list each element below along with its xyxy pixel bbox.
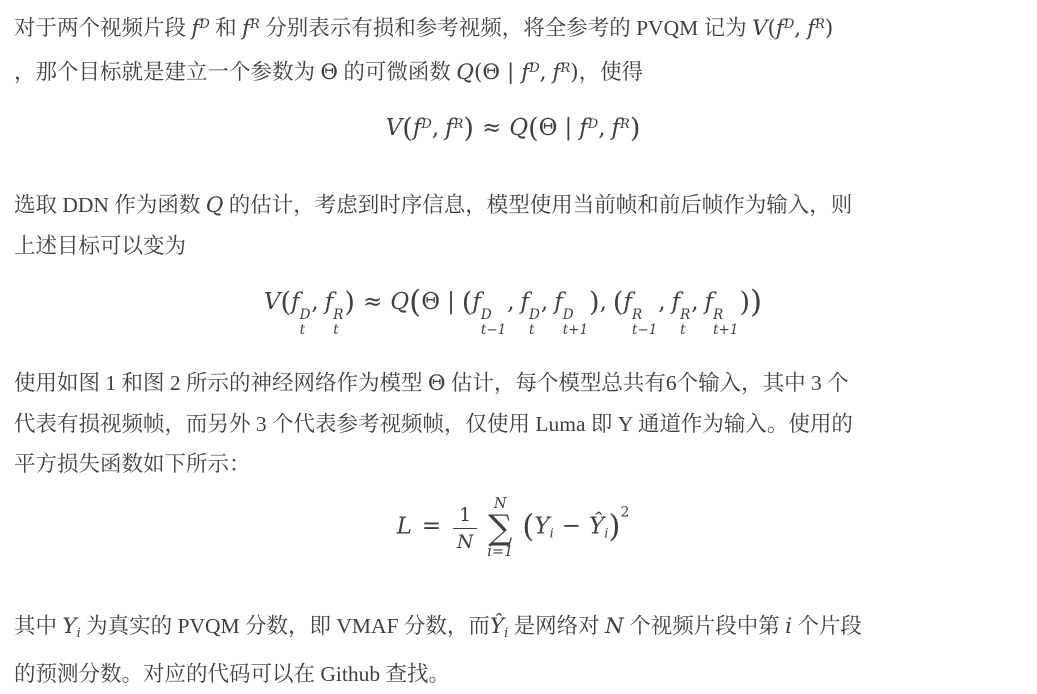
math-operator: , xyxy=(691,289,698,315)
text-run: 估计，每个模型总共有6个输入，其中 3 个 xyxy=(446,371,849,395)
math-supsub: Dt xyxy=(300,308,311,337)
math-supsub: Rt−1 xyxy=(632,308,657,337)
math-subscript: t xyxy=(680,323,685,338)
math-operator: | xyxy=(507,60,514,85)
math-theta: Θ xyxy=(428,371,446,396)
text-run: 选取 DDN 作为函数 xyxy=(14,193,206,217)
math-approx: ≈ xyxy=(363,289,382,315)
math-operator: , xyxy=(598,115,605,141)
math-denominator: N xyxy=(453,529,477,553)
math-supsub: Rt xyxy=(333,308,343,337)
math-paren: ( xyxy=(613,287,624,318)
text-run: 上述目标可以变为 xyxy=(14,234,186,258)
math-equals: = xyxy=(422,513,441,539)
math-paren: ) xyxy=(608,508,620,544)
math-paren: ( xyxy=(528,113,539,144)
math-exponent: 2 xyxy=(620,504,629,520)
math-var: f xyxy=(776,16,784,41)
math-var: Q xyxy=(509,115,528,141)
formula-squared-loss: L=1NN∑i=1(Yi−Ŷi)2 xyxy=(14,496,1012,560)
math-superscript: R xyxy=(680,308,690,323)
math-superscript: D xyxy=(588,117,598,132)
math-paren: ( xyxy=(409,284,421,320)
math-subscript: t+1 xyxy=(713,323,738,338)
math-superscript: D xyxy=(421,117,431,132)
math-superscript: D xyxy=(300,308,311,323)
paragraph-score-explanation: 其中 Yi 为真实的 PVQM 分数，即 VMAF 分数，而Ŷi 是网络对 N … xyxy=(14,606,1012,694)
math-var: Q xyxy=(390,289,409,315)
text-run: 的可微函数 xyxy=(338,60,456,84)
math-supsub: Rt xyxy=(680,308,690,337)
math-operator: , xyxy=(600,289,607,315)
text-run: 个视频片段中第 xyxy=(624,614,785,638)
math-var: f xyxy=(521,60,529,85)
math-superscript: D xyxy=(481,308,492,323)
math-minus: − xyxy=(562,513,581,539)
text-run: 和 xyxy=(210,16,242,40)
text-run: 使用如图 1 和图 2 所示的神经网络作为模型 xyxy=(14,371,428,395)
math-paren: ( xyxy=(402,113,413,144)
math-var: f xyxy=(521,289,530,315)
math-subscript: t xyxy=(529,323,534,338)
paragraph-network-inputs: 使用如图 1 和图 2 所示的神经网络作为模型 Θ 估计，每个模型总共有6个输入… xyxy=(14,363,1012,484)
math-superscript: R xyxy=(632,308,642,323)
paragraph-pvqm-intro: 对于两个视频片段 fD 和 fR 分别表示有损和参考视频，将全参考的 PVQM … xyxy=(14,5,1012,93)
math-var: Y xyxy=(534,513,549,539)
math-operator: , xyxy=(507,289,514,315)
math-theta: Θ xyxy=(482,60,500,85)
math-var: f xyxy=(672,289,681,315)
math-theta: Θ xyxy=(539,115,558,141)
math-operator: , xyxy=(658,289,665,315)
math-subscript: i xyxy=(550,526,554,541)
math-var: N xyxy=(605,614,624,639)
formula-pvqm-approximation: V(fD,fR)≈Q(Θ|fD,fR) xyxy=(14,115,1012,141)
math-supsub: Rt+1 xyxy=(713,308,738,337)
math-operator: ( xyxy=(768,16,776,41)
text-run: 为真实的 PVQM 分数，即 VMAF 分数，而 xyxy=(81,614,490,638)
math-supsub: Dt−1 xyxy=(481,308,506,337)
text-run: 是网络对 xyxy=(508,614,605,638)
math-superscript: D xyxy=(529,61,539,76)
math-theta: Θ xyxy=(320,60,338,85)
math-operator: ) xyxy=(570,60,578,85)
math-var: f xyxy=(472,289,481,315)
text-run: 个片段 xyxy=(792,614,862,638)
math-var: Q xyxy=(206,193,224,218)
paragraph-ddn-choice: 选取 DDN 作为函数 Q 的估计，考虑到时序信息，模型使用当前帧和前后帧作为输… xyxy=(14,185,1012,266)
text-run: 平方损失函数如下所示： xyxy=(14,452,251,476)
math-paren: ( xyxy=(522,508,534,544)
math-approx: ≈ xyxy=(482,115,501,141)
math-var: Ŷ xyxy=(490,614,504,639)
formula-temporal-approximation: V(fDt,fRt)≈Q(Θ|(fDt−1,fDt,fDt+1),(fRt−1,… xyxy=(14,280,1012,337)
math-operator: ) xyxy=(825,16,833,41)
article-body: 对于两个视频片段 fD 和 fR 分别表示有损和参考视频，将全参考的 PVQM … xyxy=(0,0,1037,694)
math-superscript: D xyxy=(199,17,209,32)
text-run: 的估计，考虑到时序信息，模型使用当前帧和前后帧作为输入，则 xyxy=(223,193,852,217)
math-paren: ) xyxy=(463,113,474,144)
math-operator: , xyxy=(432,115,439,141)
math-superscript: R xyxy=(333,308,343,323)
math-var: f xyxy=(807,16,815,41)
math-var: f xyxy=(445,115,454,141)
math-var: V xyxy=(752,16,768,41)
math-var: V xyxy=(386,115,403,141)
math-superscript: R xyxy=(620,117,630,132)
math-var: f xyxy=(554,289,563,315)
math-paren: ) xyxy=(630,113,641,144)
math-numerator: 1 xyxy=(453,504,477,529)
text-run: ，那个目标就是建立一个参数为 xyxy=(14,60,320,84)
text-run: 分别表示有损和参考视频，将全参考的 PVQM 记为 xyxy=(260,16,752,40)
math-var: Q xyxy=(456,60,474,85)
math-superscript: D xyxy=(784,17,794,32)
text-run: 对于两个视频片段 xyxy=(14,16,191,40)
math-superscript: R xyxy=(713,308,723,323)
math-paren: ) xyxy=(739,287,750,318)
math-var: Y xyxy=(62,614,76,639)
math-superscript: R xyxy=(560,61,570,76)
math-operator: , xyxy=(541,289,548,315)
math-summation: N∑i=1 xyxy=(487,496,513,560)
math-var: f xyxy=(612,115,621,141)
sigma-icon: ∑ xyxy=(488,512,512,544)
math-subscript: t−1 xyxy=(481,323,506,338)
math-var: f xyxy=(291,289,300,315)
math-paren: ) xyxy=(589,287,600,318)
math-operator: , xyxy=(794,16,801,41)
math-var: f xyxy=(623,289,632,315)
math-var: f xyxy=(325,289,334,315)
math-superscript: D xyxy=(563,308,574,323)
math-paren: ) xyxy=(344,287,355,318)
math-subscript: t+1 xyxy=(563,323,588,338)
text-run: 代表有损视频帧，而另外 3 个代表参考视频帧，仅使用 Luma 即 Y 通道作为… xyxy=(14,412,853,436)
math-superscript: R xyxy=(454,117,464,132)
math-theta: Θ xyxy=(421,289,440,315)
math-var: Ŷ xyxy=(589,513,604,539)
math-sum-lower-limit: i=1 xyxy=(487,544,513,560)
math-var: f xyxy=(579,115,588,141)
math-paren: ( xyxy=(281,287,292,318)
math-operator: , xyxy=(540,60,547,85)
math-var: V xyxy=(264,289,281,315)
math-var: f xyxy=(705,289,714,315)
math-paren: ( xyxy=(462,287,473,318)
math-superscript: R xyxy=(250,17,260,32)
text-run: 的预测分数。对应的代码可以在 Github 查找。 xyxy=(14,662,450,686)
math-subscript: t−1 xyxy=(632,323,657,338)
math-operator: | xyxy=(564,115,572,141)
math-paren: ) xyxy=(750,284,762,320)
math-subscript: t xyxy=(300,323,305,338)
math-supsub: Dt+1 xyxy=(563,308,588,337)
math-supsub: Dt xyxy=(529,308,540,337)
math-superscript: D xyxy=(529,308,540,323)
math-superscript: R xyxy=(815,17,825,32)
math-var: L xyxy=(397,513,412,539)
math-var: f xyxy=(242,16,250,41)
text-run: ，使得 xyxy=(579,60,644,84)
math-subscript: t xyxy=(333,323,338,338)
math-var: i xyxy=(785,614,792,639)
text-run: 其中 xyxy=(14,614,62,638)
math-fraction: 1N xyxy=(453,504,477,553)
math-operator: | xyxy=(447,289,455,315)
math-operator: , xyxy=(311,289,318,315)
